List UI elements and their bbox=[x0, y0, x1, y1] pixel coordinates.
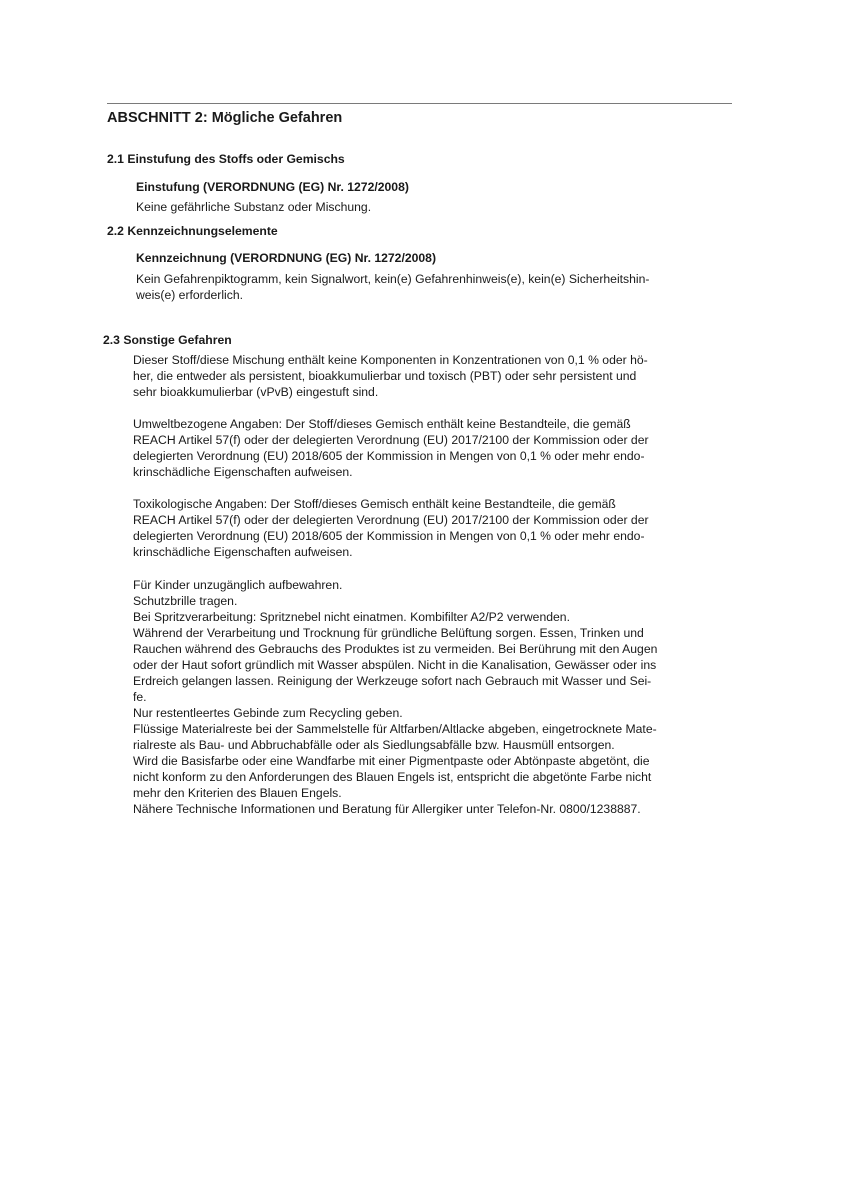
text-line: krinschädliche Eigenschaften aufweisen. bbox=[133, 544, 649, 560]
heading-2-3: 2.3 Sonstige Gefahren bbox=[103, 333, 232, 347]
text-line: Erdreich gelangen lassen. Reinigung der … bbox=[133, 673, 657, 689]
text-line: Während der Verarbeitung und Trocknung f… bbox=[133, 625, 657, 641]
heading-2-2: 2.2 Kennzeichnungselemente bbox=[107, 224, 278, 238]
section-title: ABSCHNITT 2: Mögliche Gefahren bbox=[107, 110, 342, 126]
section-divider bbox=[107, 103, 732, 104]
text-line: oder der Haut sofort gründlich mit Wasse… bbox=[133, 657, 657, 673]
subheading-kennzeichnung: Kennzeichnung (VERORDNUNG (EG) Nr. 1272/… bbox=[136, 251, 436, 265]
heading-2-1: 2.1 Einstufung des Stoffs oder Gemischs bbox=[107, 152, 345, 166]
text-line: REACH Artikel 57(f) oder der delegierten… bbox=[133, 432, 649, 448]
pbt-paragraph: Dieser Stoff/diese Mischung enthält kein… bbox=[133, 352, 648, 400]
einstufung-text: Keine gefährliche Substanz oder Mischung… bbox=[136, 199, 371, 215]
text-line: Toxikologische Angaben: Der Stoff/dieses… bbox=[133, 496, 649, 512]
text-line: sehr bioakkumulierbar (vPvB) eingestuft … bbox=[133, 384, 648, 400]
text-line: delegierten Verordnung (EU) 2018/605 der… bbox=[133, 528, 649, 544]
text-line: weis(e) erforderlich. bbox=[136, 287, 649, 303]
subheading-einstufung: Einstufung (VERORDNUNG (EG) Nr. 1272/200… bbox=[136, 180, 409, 194]
text-line: Schutzbrille tragen. bbox=[133, 593, 657, 609]
text-line: Bei Spritzverarbeitung: Spritznebel nich… bbox=[133, 609, 657, 625]
environmental-paragraph: Umweltbezogene Angaben: Der Stoff/dieses… bbox=[133, 416, 649, 480]
kennzeichnung-text: Kein Gefahrenpiktogramm, kein Signalwort… bbox=[136, 271, 649, 303]
text-line: rialreste als Bau- und Abbruchabfälle od… bbox=[133, 737, 657, 753]
text-line: fe. bbox=[133, 689, 657, 705]
text-line: Nur restentleertes Gebinde zum Recycling… bbox=[133, 705, 657, 721]
text-line: Dieser Stoff/diese Mischung enthält kein… bbox=[133, 352, 648, 368]
text-line: Kein Gefahrenpiktogramm, kein Signalwort… bbox=[136, 271, 649, 287]
text-line: nicht konform zu den Anforderungen des B… bbox=[133, 769, 657, 785]
text-line: Umweltbezogene Angaben: Der Stoff/dieses… bbox=[133, 416, 649, 432]
text-line: REACH Artikel 57(f) oder der delegierten… bbox=[133, 512, 649, 528]
toxicological-paragraph: Toxikologische Angaben: Der Stoff/dieses… bbox=[133, 496, 649, 560]
text-line: krinschädliche Eigenschaften aufweisen. bbox=[133, 464, 649, 480]
text-line: mehr den Kriterien des Blauen Engels. bbox=[133, 785, 657, 801]
text-line: Nähere Technische Informationen und Bera… bbox=[133, 801, 657, 817]
safety-instructions: Für Kinder unzugänglich aufbewahren. Sch… bbox=[133, 577, 657, 817]
text-line: Flüssige Materialreste bei der Sammelste… bbox=[133, 721, 657, 737]
text-line: delegierten Verordnung (EU) 2018/605 der… bbox=[133, 448, 649, 464]
text-line: Für Kinder unzugänglich aufbewahren. bbox=[133, 577, 657, 593]
text-line: Wird die Basisfarbe oder eine Wandfarbe … bbox=[133, 753, 657, 769]
text-line: Rauchen während des Gebrauchs des Produk… bbox=[133, 641, 657, 657]
text-line: her, die entweder als persistent, bioakk… bbox=[133, 368, 648, 384]
